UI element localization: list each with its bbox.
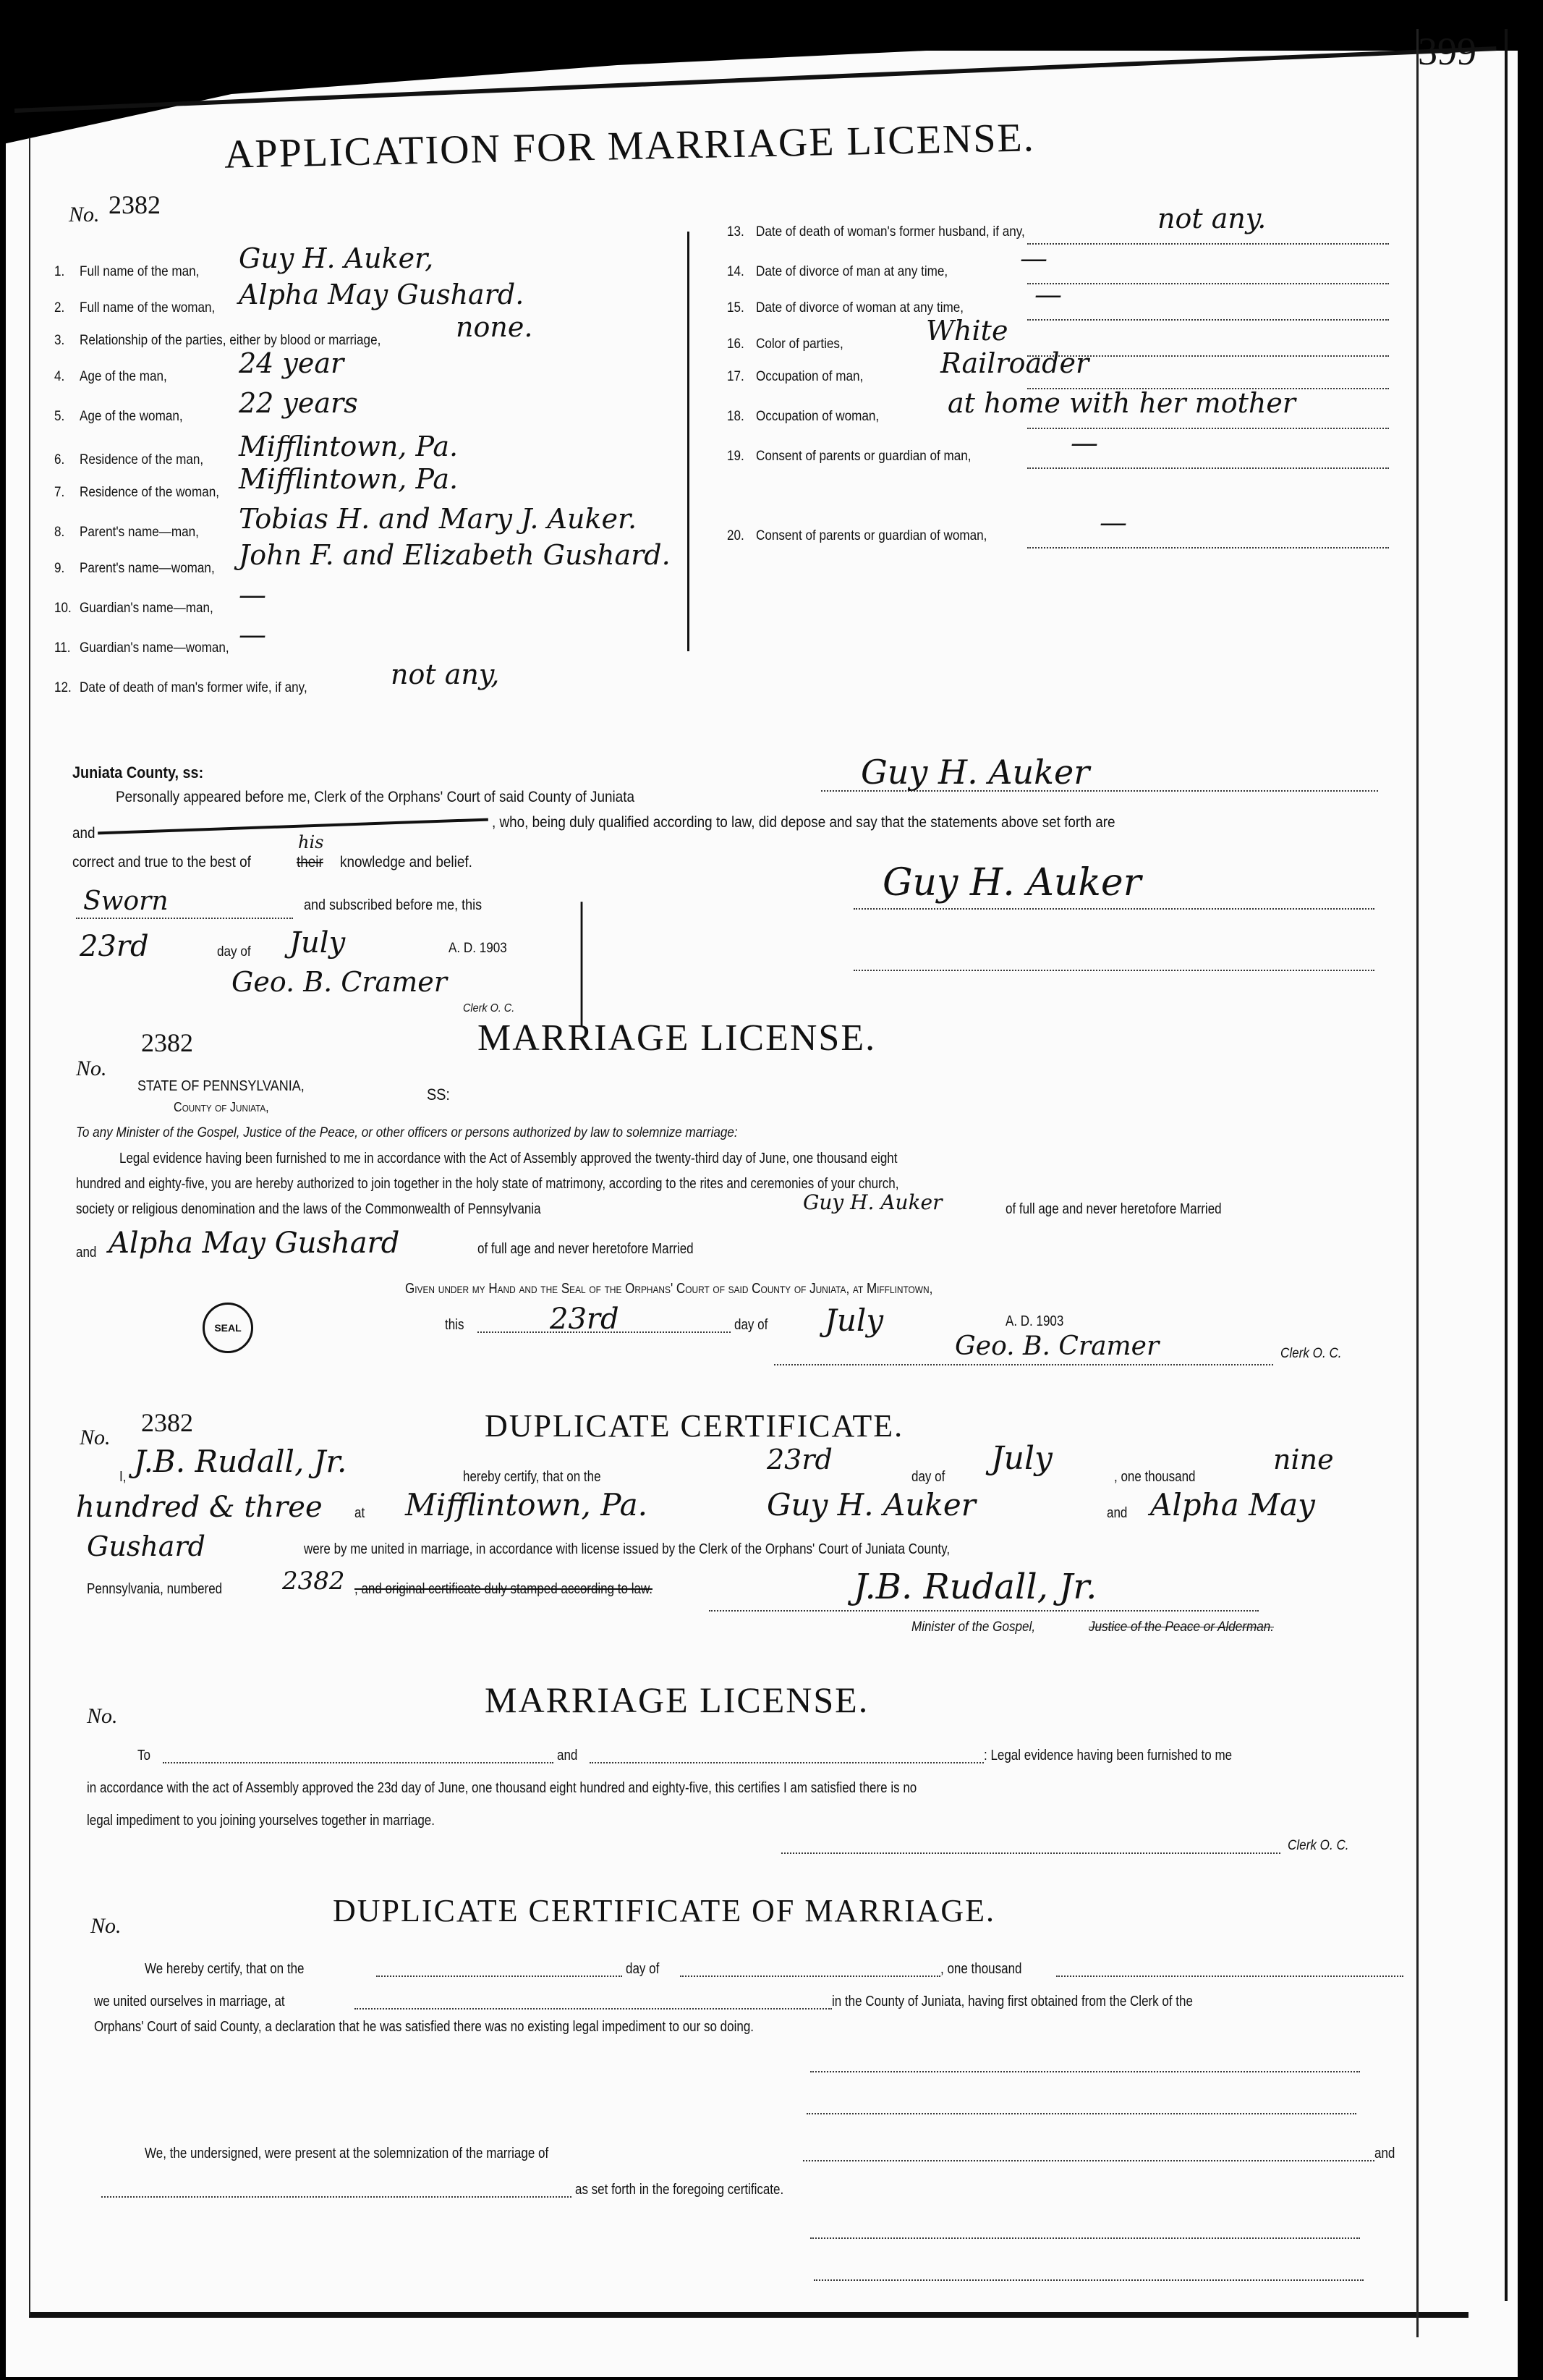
duplicate-number: 2382	[141, 1407, 193, 1438]
field-value: —	[1034, 279, 1062, 310]
field-number: 10.	[54, 601, 72, 617]
field-label: Consent of parents or guardian of woman,	[756, 528, 987, 544]
blank-cert-w1-and: and	[1374, 2146, 1395, 2162]
duplicate-day: 23rd	[767, 1444, 833, 1475]
signature-line	[814, 2279, 1364, 2281]
blank-cert-l1b: day of	[626, 1961, 659, 1978]
affidavit-insert: his	[298, 832, 323, 852]
field-value: 24 year	[239, 347, 344, 379]
license-title: MARRIAGE LICENSE.	[477, 1017, 876, 1059]
page-number: 399	[1418, 29, 1476, 74]
bottom-rule	[29, 2312, 1468, 2318]
affidavit-county: Juniata County, ss:	[72, 763, 203, 782]
field-number: 19.	[727, 449, 744, 465]
field-label: Age of the woman,	[80, 409, 183, 425]
field-value: Mifflintown, Pa.	[239, 431, 458, 462]
sworn-month: July	[289, 926, 345, 960]
license-ss: SS:	[427, 1085, 450, 1104]
blank-cert-w2: as set forth in the foregoing certificat…	[575, 2182, 783, 2198]
line	[354, 2008, 832, 2010]
field-number: 14.	[727, 264, 744, 280]
field-label: Date of divorce of woman at any time,	[756, 300, 964, 316]
blank-cert-l1c: , one thousand	[940, 1961, 1021, 1978]
duplicate-man: Guy H. Auker	[767, 1487, 976, 1523]
signature-line	[807, 2113, 1356, 2114]
license-p2: hundred and eighty-five, you are hereby …	[76, 1176, 898, 1193]
line	[76, 918, 293, 919]
line	[803, 2160, 1374, 2161]
application-no-label: No.	[69, 203, 100, 227]
seal-icon: SEAL	[203, 1303, 253, 1353]
signature-line	[810, 2071, 1360, 2072]
field-label: Guardian's name—woman,	[80, 640, 229, 656]
field-value: —	[1071, 427, 1098, 459]
line	[1027, 547, 1389, 549]
duplicate-certify: hereby certify, that on the	[463, 1469, 601, 1486]
blank-certificate-no-label: No.	[90, 1914, 122, 1939]
duplicate-signature: J.B. Rudall, Jr.	[854, 1567, 1097, 1607]
sworn-day-of: day of	[217, 944, 251, 960]
affidavit-line2: , who, being duly qualified according to…	[492, 814, 1115, 831]
clerk-signature: Geo. B. Cramer	[231, 966, 447, 998]
blank-cert-l2b: in the County of Juniata, having first o…	[832, 1994, 1193, 2010]
sworn-text: and subscribed before me, this	[304, 897, 482, 914]
duplicate-at: at	[354, 1505, 365, 1522]
duplicate-and: and	[1107, 1505, 1127, 1522]
field-number: 3.	[54, 333, 64, 349]
blank-license-l2: in accordance with the act of Assembly a…	[87, 1780, 917, 1797]
field-value: White	[926, 315, 1008, 347]
duplicate-united: were by me united in marriage, in accord…	[304, 1541, 950, 1558]
duplicate-struck: , and original certificate duly stamped …	[354, 1581, 653, 1598]
clerk-label: Clerk O. C.	[463, 1002, 514, 1015]
field-value: none.	[456, 311, 532, 343]
field-label: Full name of the woman,	[80, 300, 215, 316]
field-label: Parent's name—man,	[80, 525, 199, 541]
line	[680, 1975, 940, 1977]
duplicate-woman-1: Alpha May	[1150, 1487, 1315, 1523]
duplicate-month: July	[991, 1440, 1053, 1477]
field-value: Railroader	[940, 347, 1089, 379]
blank-cert-l3: Orphans' Court of said County, a declara…	[94, 2019, 754, 2036]
field-label: Consent of parents or guardian of man,	[756, 449, 972, 465]
line	[774, 1364, 1273, 1365]
duplicate-license-no: 2382	[282, 1567, 345, 1596]
affidavit-line3b: knowledge and belief.	[340, 854, 472, 871]
field-label: Full name of the man,	[80, 264, 199, 280]
field-number: 11.	[54, 640, 71, 656]
blank-cert-w1: We, the undersigned, were present at the…	[145, 2146, 548, 2162]
field-number: 8.	[54, 525, 64, 541]
field-label: Relationship of the parties, either by b…	[80, 333, 381, 349]
blank-license-clerk-label: Clerk O. C.	[1288, 1838, 1349, 1854]
license-p1: Legal evidence having been furnished to …	[119, 1151, 897, 1167]
field-label: Parent's name—woman,	[80, 561, 215, 577]
license-number: 2382	[141, 1028, 193, 1058]
field-value: at home with her mother	[948, 387, 1296, 419]
field-label: Guardian's name—man,	[80, 601, 213, 617]
application-number: 2382	[109, 190, 161, 220]
license-clerk-label: Clerk O. C.	[1280, 1346, 1342, 1362]
field-value: Mifflintown, Pa.	[239, 463, 458, 495]
field-number: 12.	[54, 680, 72, 696]
duplicate-year-2: hundred & three	[76, 1491, 323, 1524]
affidavit-line3a: correct and true to the best of	[72, 854, 251, 871]
blank-license-no-label: No.	[87, 1704, 118, 1729]
blank-license-title: MARRIAGE LICENSE.	[485, 1679, 869, 1721]
license-given: Given under my Hand and the Seal of the …	[405, 1281, 932, 1297]
line	[590, 1762, 984, 1763]
field-number: 17.	[727, 369, 744, 385]
blank-license-l3: legal impediment to you joining yourselv…	[87, 1813, 435, 1829]
field-number: 4.	[54, 369, 64, 385]
field-number: 13.	[727, 224, 744, 240]
left-border	[29, 137, 30, 2316]
line	[1027, 243, 1389, 245]
license-state: STATE OF PENNSYLVANIA,	[137, 1078, 305, 1095]
field-number: 20.	[727, 528, 744, 544]
field-value: Tobias H. and Mary J. Auker.	[239, 503, 637, 535]
duplicate-minister: J.B. Rudall, Jr.	[134, 1444, 347, 1479]
field-value: —	[1020, 242, 1047, 274]
field-value: Guy H. Auker,	[239, 242, 433, 274]
line	[1056, 1975, 1403, 1977]
field-number: 2.	[54, 300, 64, 316]
field-value: John F. and Elizabeth Gushard.	[239, 539, 671, 571]
affidavit-struck: their	[297, 854, 323, 871]
license-man-suffix: of full age and never heretofore Married	[1006, 1201, 1222, 1218]
column-separator	[687, 232, 689, 651]
license-woman-suffix: of full age and never heretofore Married	[477, 1241, 694, 1258]
field-label: Date of death of man's former wife, if a…	[80, 680, 307, 696]
right-border	[1416, 29, 1419, 2337]
field-value: —	[239, 619, 266, 651]
field-value: not any,	[391, 658, 499, 690]
field-label: Age of the man,	[80, 369, 167, 385]
sworn-day: 23rd	[80, 930, 149, 963]
duplicate-woman-2: Gushard	[87, 1530, 205, 1562]
license-day-of: day of	[734, 1317, 768, 1334]
blank-license-and: and	[557, 1748, 577, 1764]
blank-cert-l1a: We hereby certify, that on the	[145, 1961, 304, 1978]
duplicate-no-label: No.	[80, 1426, 111, 1450]
duplicate-numbered: Pennsylvania, numbered	[87, 1581, 222, 1598]
line	[163, 1762, 553, 1763]
line	[101, 2196, 571, 2198]
duplicate-role: Minister of the Gospel,	[911, 1619, 1035, 1635]
affidavit-line1: Personally appeared before me, Clerk of …	[116, 789, 634, 806]
license-this: this	[445, 1317, 464, 1334]
license-address: To any Minister of the Gospel, Justice o…	[76, 1125, 738, 1141]
duplicate-place: Mifflintown, Pa.	[405, 1487, 647, 1523]
field-number: 18.	[727, 409, 744, 425]
field-number: 15.	[727, 300, 744, 316]
duplicate-one-thousand: , one thousand	[1114, 1469, 1195, 1486]
line	[709, 1610, 1259, 1612]
license-clerk-signature: Geo. B. Cramer	[955, 1331, 1159, 1361]
line	[1027, 467, 1389, 469]
license-month: July	[825, 1303, 883, 1338]
line	[1027, 319, 1389, 321]
license-county: County of Juniata,	[174, 1100, 269, 1115]
brace: |	[577, 883, 585, 1020]
license-and: and	[76, 1245, 96, 1261]
field-label: Residence of the man,	[80, 452, 203, 468]
field-label: Date of divorce of man at any time,	[756, 264, 948, 280]
sworn-ad: A. D. 1903	[449, 941, 507, 957]
blank-license-to: To	[137, 1748, 150, 1764]
field-value: Alpha May Gushard.	[239, 279, 524, 310]
line	[376, 1975, 622, 1977]
duplicate-day-of: day of	[911, 1469, 945, 1486]
applicant-signature: Guy H. Auker	[883, 861, 1142, 905]
duplicate-role-struck: Justice of the Peace or Alderman.	[1089, 1619, 1274, 1635]
field-number: 7.	[54, 485, 64, 501]
line	[1027, 283, 1389, 284]
license-ad: A. D. 1903	[1006, 1313, 1063, 1330]
affidavit-and: and	[72, 825, 95, 842]
field-label: Date of death of woman's former husband,…	[756, 224, 1025, 240]
line	[821, 790, 1378, 792]
field-number: 6.	[54, 452, 64, 468]
field-value: —	[239, 579, 266, 611]
license-p3: society or religious denomination and th…	[76, 1201, 541, 1218]
license-man: Guy H. Auker	[803, 1190, 943, 1214]
field-value: 22 years	[239, 387, 358, 419]
field-value: —	[1100, 507, 1127, 538]
field-label: Occupation of woman,	[756, 409, 879, 425]
blank-license-l1: : Legal evidence having been furnished t…	[984, 1748, 1232, 1764]
blank-cert-l2a: we united ourselves in marriage, at	[94, 1994, 285, 2010]
field-number: 1.	[54, 264, 64, 280]
license-woman: Alpha May Gushard	[109, 1227, 399, 1260]
license-day: 23rd	[550, 1303, 619, 1336]
affidavit-appeared-name: Guy H. Auker	[861, 753, 1089, 792]
field-number: 9.	[54, 561, 64, 577]
license-no-label: No.	[76, 1056, 107, 1081]
line	[781, 1852, 1280, 1854]
field-value: not any.	[1157, 203, 1266, 234]
field-label: Occupation of man,	[756, 369, 863, 385]
signature-line	[810, 2237, 1360, 2239]
field-number: 5.	[54, 409, 64, 425]
duplicate-i: I,	[119, 1469, 126, 1486]
blank-certificate-title: DUPLICATE CERTIFICATE OF MARRIAGE.	[333, 1892, 995, 1929]
duplicate-year-1: nine	[1273, 1444, 1334, 1475]
field-label: Residence of the woman,	[80, 485, 219, 501]
field-number: 16.	[727, 336, 744, 352]
duplicate-title: DUPLICATE CERTIFICATE.	[485, 1407, 904, 1444]
field-label: Color of parties,	[756, 336, 843, 352]
right-edge	[1505, 29, 1508, 2301]
sworn-hand: Sworn	[83, 886, 169, 916]
signature-line	[854, 908, 1374, 910]
signature-line-2	[854, 970, 1374, 971]
